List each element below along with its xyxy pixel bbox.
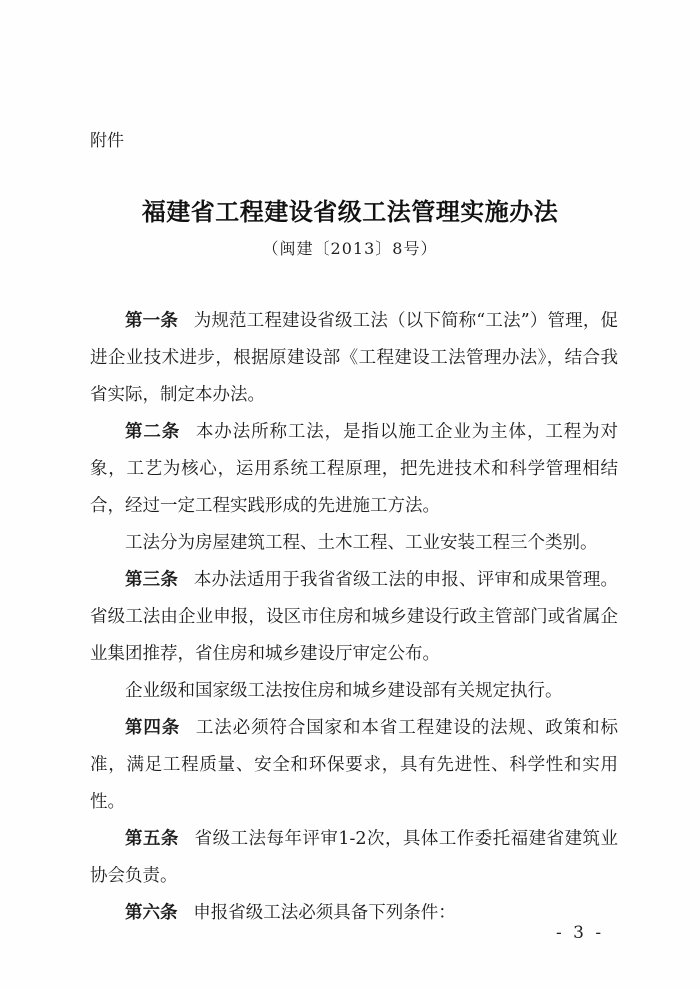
paragraph-article-2: 第二条本办法所称工法，是指以施工企业为主体，工程为对象，工艺为核心，运用系统工程… <box>90 414 618 525</box>
paragraph-article-6: 第六条申报省级工法必须具备下列条件： <box>90 895 618 932</box>
paragraph-text: 企业级和国家级工法按住房和城乡建设部有关规定执行。 <box>125 681 563 701</box>
document-body: 第一条为规范工程建设省级工法（以下简称“工法”）管理，促进企业技术进步，根据原建… <box>90 303 618 932</box>
attachment-label: 附件 <box>90 126 124 151</box>
paragraph-text: 申报省级工法必须具备下列条件： <box>193 903 456 923</box>
article-label: 第三条 <box>125 570 178 590</box>
paragraph-article-5: 第五条省级工法每年评审1-2次，具体工作委托福建省建筑业协会负责。 <box>90 821 618 895</box>
page-number: - 3 - <box>556 923 604 943</box>
paragraph-article-4: 第四条工法必须符合国家和本省工程建设的法规、政策和标准，满足工程质量、安全和环保… <box>90 710 618 821</box>
paragraph-text: 工法分为房屋建筑工程、土木工程、工业安装工程三个类别。 <box>125 533 598 553</box>
paragraph-categories: 工法分为房屋建筑工程、土木工程、工业安装工程三个类别。 <box>90 525 618 562</box>
article-label: 第二条 <box>125 422 180 442</box>
paragraph-article-3: 第三条本办法适用于我省省级工法的申报、评审和成果管理。省级工法由企业申报，设区市… <box>90 562 618 673</box>
document-page: 附件 福建省工程建设省级工法管理实施办法 （闽建〔2013〕8号） 第一条为规范… <box>0 0 700 990</box>
paragraph-article-1: 第一条为规范工程建设省级工法（以下简称“工法”）管理，促进企业技术进步，根据原建… <box>90 303 618 414</box>
article-label: 第四条 <box>125 718 180 738</box>
article-label: 第六条 <box>125 903 178 923</box>
document-title: 福建省工程建设省级工法管理实施办法 <box>0 192 700 227</box>
article-label: 第一条 <box>125 311 178 331</box>
document-number: （闽建〔2013〕8号） <box>0 236 700 259</box>
paragraph-enterprise-national: 企业级和国家级工法按住房和城乡建设部有关规定执行。 <box>90 673 618 710</box>
article-label: 第五条 <box>125 829 179 849</box>
